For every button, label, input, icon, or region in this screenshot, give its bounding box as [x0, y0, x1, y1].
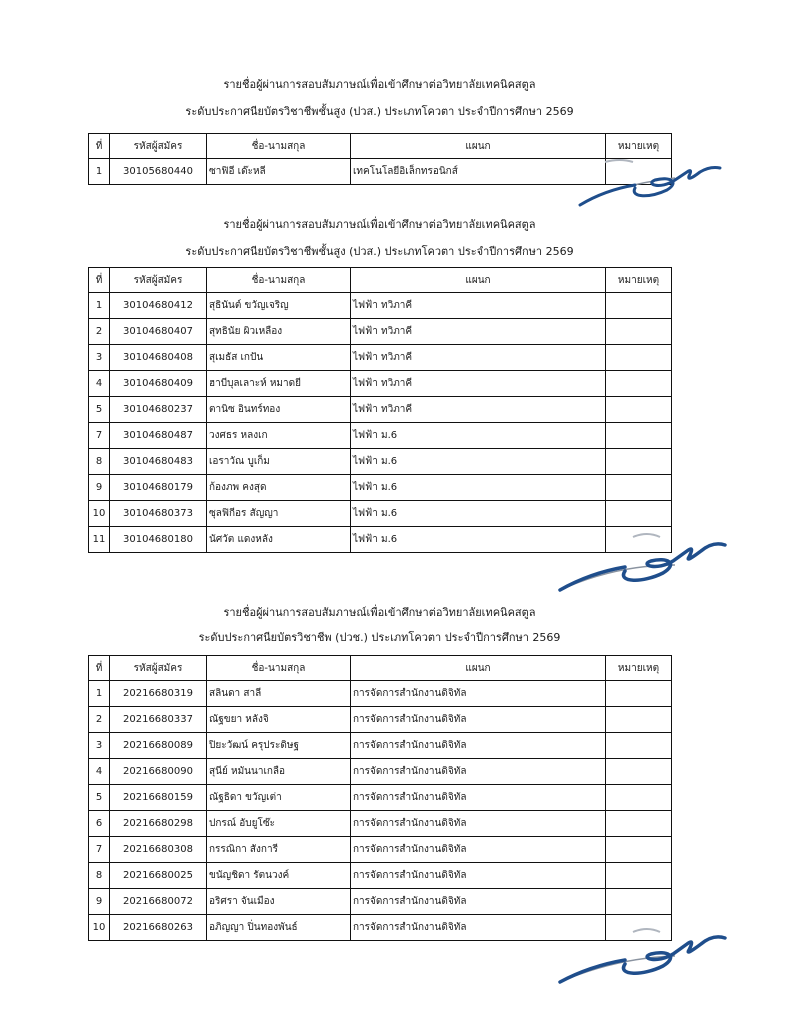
applicant-code: 20216680072 [110, 889, 207, 915]
signature-1 [575, 150, 735, 210]
header-name: ชื่อ-นามสกุล [207, 134, 351, 159]
section-title-line1: รายชื่อผู้ผ่านการสอบสัมภาษณ์เพื่อเข้าศึก… [88, 75, 671, 93]
department: การจัดการสำนักงานดิจิทัล [351, 863, 606, 889]
applicant-code: 30104680483 [110, 449, 207, 475]
applicant-code: 20216680159 [110, 785, 207, 811]
row-number: 7 [89, 837, 110, 863]
row-number: 7 [89, 423, 110, 449]
row-number: 9 [89, 889, 110, 915]
remark [606, 319, 672, 345]
applicant-name: สลินดา สาลี [207, 681, 351, 707]
section-title-line1: รายชื่อผู้ผ่านการสอบสัมภาษณ์เพื่อเข้าศึก… [88, 603, 671, 621]
applicant-code: 30104680373 [110, 501, 207, 527]
header-note: หมายเหตุ [606, 656, 672, 681]
applicant-code: 30105680440 [110, 159, 207, 185]
signature-2 [555, 525, 745, 595]
table-row: 920216680072อริศรา จันเมืองการจัดการสำนั… [89, 889, 672, 915]
applicant-code: 30104680407 [110, 319, 207, 345]
row-number: 10 [89, 915, 110, 941]
department: ไฟฟ้า ม.6 [351, 423, 606, 449]
department: การจัดการสำนักงานดิจิทัล [351, 811, 606, 837]
remark [606, 837, 672, 863]
header-name: ชื่อ-นามสกุล [207, 268, 351, 293]
department: การจัดการสำนักงานดิจิทัล [351, 733, 606, 759]
header-code: รหัสผู้สมัคร [110, 134, 207, 159]
table-row: 930104680179ก้องภพ คงสุดไฟฟ้า ม.6 [89, 475, 672, 501]
table-row: 430104680409ฮาบีบุลเลาะห์ หมาดยีไฟฟ้า ทว… [89, 371, 672, 397]
applicant-code: 30104680237 [110, 397, 207, 423]
applicant-name: กรรณิกา สังการี [207, 837, 351, 863]
applicant-code: 30104680409 [110, 371, 207, 397]
applicant-name: อริศรา จันเมือง [207, 889, 351, 915]
applicant-code: 20216680089 [110, 733, 207, 759]
applicant-name: ตานิซ อินทร์ทอง [207, 397, 351, 423]
table-row: 720216680308กรรณิกา สังการีการจัดการสำนั… [89, 837, 672, 863]
row-number: 1 [89, 681, 110, 707]
remark [606, 449, 672, 475]
remark [606, 345, 672, 371]
remark [606, 733, 672, 759]
table-row: 230104680407สุทธินัย ผิวเหลืองไฟฟ้า ทวิภ… [89, 319, 672, 345]
row-number: 4 [89, 371, 110, 397]
applicant-name: สุทธินัย ผิวเหลือง [207, 319, 351, 345]
table-row: 420216680090สุนีย์ หมันนาเกลือการจัดการส… [89, 759, 672, 785]
applicant-name: วงศธร หลงเก [207, 423, 351, 449]
header-no: ที่ [89, 134, 110, 159]
department: การจัดการสำนักงานดิจิทัล [351, 837, 606, 863]
department: ไฟฟ้า ทวิภาคี [351, 397, 606, 423]
remark [606, 863, 672, 889]
header-no: ที่ [89, 656, 110, 681]
section-title-line1: รายชื่อผู้ผ่านการสอบสัมภาษณ์เพื่อเข้าศึก… [88, 215, 671, 233]
section-title-line2: ระดับประกาศนียบัตรวิชาชีพชั้นสูง (ปวส.) … [88, 102, 671, 120]
header-dept: แผนก [351, 656, 606, 681]
applicant-name: ฮาบีบุลเลาะห์ หมาดยี [207, 371, 351, 397]
department: ไฟฟ้า ทวิภาคี [351, 293, 606, 319]
department: ไฟฟ้า ทวิภาคี [351, 345, 606, 371]
applicant-name: ปกรณ์ อับยูโซ๊ะ [207, 811, 351, 837]
department: เทคโนโลยีอิเล็กทรอนิกส์ [351, 159, 606, 185]
applicant-name: ปิยะวัฒน์ ครุประดิษฐ [207, 733, 351, 759]
department: การจัดการสำนักงานดิจิทัล [351, 785, 606, 811]
applicant-code: 20216680319 [110, 681, 207, 707]
applicant-code: 20216680298 [110, 811, 207, 837]
department: ไฟฟ้า ทวิภาคี [351, 319, 606, 345]
table-row: 730104680487วงศธร หลงเกไฟฟ้า ม.6 [89, 423, 672, 449]
row-number: 8 [89, 449, 110, 475]
table-row: 530104680237ตานิซ อินทร์ทองไฟฟ้า ทวิภาคี [89, 397, 672, 423]
applicant-name: ซุลฟิกีอร สัญญา [207, 501, 351, 527]
remark [606, 475, 672, 501]
table-row: 330104680408สุเมธัส เกปันไฟฟ้า ทวิภาคี [89, 345, 672, 371]
row-number: 4 [89, 759, 110, 785]
table-row: 520216680159ณัฐธิดา ขวัญเต่าการจัดการสำน… [89, 785, 672, 811]
signature-3 [555, 920, 745, 990]
remark [606, 423, 672, 449]
table-row: 120216680319สลินดา สาลีการจัดการสำนักงาน… [89, 681, 672, 707]
applicant-name: อภิญญา ปิ่นทองพันธ์ [207, 915, 351, 941]
table-row: 1030104680373ซุลฟิกีอร สัญญาไฟฟ้า ม.6 [89, 501, 672, 527]
applicant-code: 30104680487 [110, 423, 207, 449]
table-row: 620216680298ปกรณ์ อับยูโซ๊ะการจัดการสำนั… [89, 811, 672, 837]
remark [606, 889, 672, 915]
department: การจัดการสำนักงานดิจิทัล [351, 759, 606, 785]
remark [606, 811, 672, 837]
applicant-name: สุเมธัส เกปัน [207, 345, 351, 371]
applicant-code: 20216680308 [110, 837, 207, 863]
table-row: 220216680337ณัฐขยา หลังจิการจัดการสำนักง… [89, 707, 672, 733]
department: ไฟฟ้า ทวิภาคี [351, 371, 606, 397]
row-number: 2 [89, 319, 110, 345]
applicant-name: สุนีย์ หมันนาเกลือ [207, 759, 351, 785]
applicant-name: สุธินันต์ ขวัญเจริญ [207, 293, 351, 319]
remark [606, 397, 672, 423]
header-code: รหัสผู้สมัคร [110, 268, 207, 293]
header-name: ชื่อ-นามสกุล [207, 656, 351, 681]
applicant-name: ณัฐขยา หลังจิ [207, 707, 351, 733]
header-no: ที่ [89, 268, 110, 293]
table-row: 820216680025ขนัญชิดา รัตนวงค์การจัดการสำ… [89, 863, 672, 889]
header-code: รหัสผู้สมัคร [110, 656, 207, 681]
remark [606, 707, 672, 733]
applicants-table: ที่ รหัสผู้สมัคร ชื่อ-นามสกุล แผนก หมายเ… [88, 655, 672, 941]
row-number: 1 [89, 159, 110, 185]
section-title-line2: ระดับประกาศนียบัตรวิชาชีพ (ปวช.) ประเภทโ… [88, 628, 671, 646]
applicant-code: 30104680180 [110, 527, 207, 553]
remark [606, 293, 672, 319]
applicant-code: 20216680263 [110, 915, 207, 941]
row-number: 5 [89, 397, 110, 423]
department: การจัดการสำนักงานดิจิทัล [351, 707, 606, 733]
applicant-name: เอราวัณ บูเก็ม [207, 449, 351, 475]
row-number: 9 [89, 475, 110, 501]
department: ไฟฟ้า ม.6 [351, 449, 606, 475]
remark [606, 371, 672, 397]
table-row: 320216680089ปิยะวัฒน์ ครุประดิษฐการจัดกา… [89, 733, 672, 759]
remark [606, 501, 672, 527]
department: ไฟฟ้า ม.6 [351, 501, 606, 527]
row-number: 3 [89, 733, 110, 759]
applicant-code: 20216680337 [110, 707, 207, 733]
row-number: 1 [89, 293, 110, 319]
remark [606, 785, 672, 811]
applicant-code: 30104680179 [110, 475, 207, 501]
header-dept: แผนก [351, 268, 606, 293]
applicant-code: 20216680025 [110, 863, 207, 889]
applicant-name: นัศวัต แดงหลัง [207, 527, 351, 553]
remark [606, 759, 672, 785]
applicant-name: ก้องภพ คงสุด [207, 475, 351, 501]
section-title-line2: ระดับประกาศนียบัตรวิชาชีพชั้นสูง (ปวส.) … [88, 242, 671, 260]
applicant-name: ขนัญชิดา รัตนวงค์ [207, 863, 351, 889]
row-number: 8 [89, 863, 110, 889]
applicants-table: ที่ รหัสผู้สมัคร ชื่อ-นามสกุล แผนก หมายเ… [88, 267, 672, 553]
header-dept: แผนก [351, 134, 606, 159]
department: ไฟฟ้า ม.6 [351, 475, 606, 501]
applicant-name: ณัฐธิดา ขวัญเต่า [207, 785, 351, 811]
applicant-name: ซาฟิอี เด๊ะหลี [207, 159, 351, 185]
department: การจัดการสำนักงานดิจิทัล [351, 889, 606, 915]
table-row: 830104680483เอราวัณ บูเก็มไฟฟ้า ม.6 [89, 449, 672, 475]
applicant-code: 20216680090 [110, 759, 207, 785]
row-number: 11 [89, 527, 110, 553]
department: การจัดการสำนักงานดิจิทัล [351, 681, 606, 707]
table-row: 130104680412สุธินันต์ ขวัญเจริญไฟฟ้า ทวิ… [89, 293, 672, 319]
row-number: 2 [89, 707, 110, 733]
applicant-code: 30104680408 [110, 345, 207, 371]
remark [606, 681, 672, 707]
applicant-code: 30104680412 [110, 293, 207, 319]
row-number: 10 [89, 501, 110, 527]
row-number: 6 [89, 811, 110, 837]
row-number: 5 [89, 785, 110, 811]
row-number: 3 [89, 345, 110, 371]
header-note: หมายเหตุ [606, 268, 672, 293]
